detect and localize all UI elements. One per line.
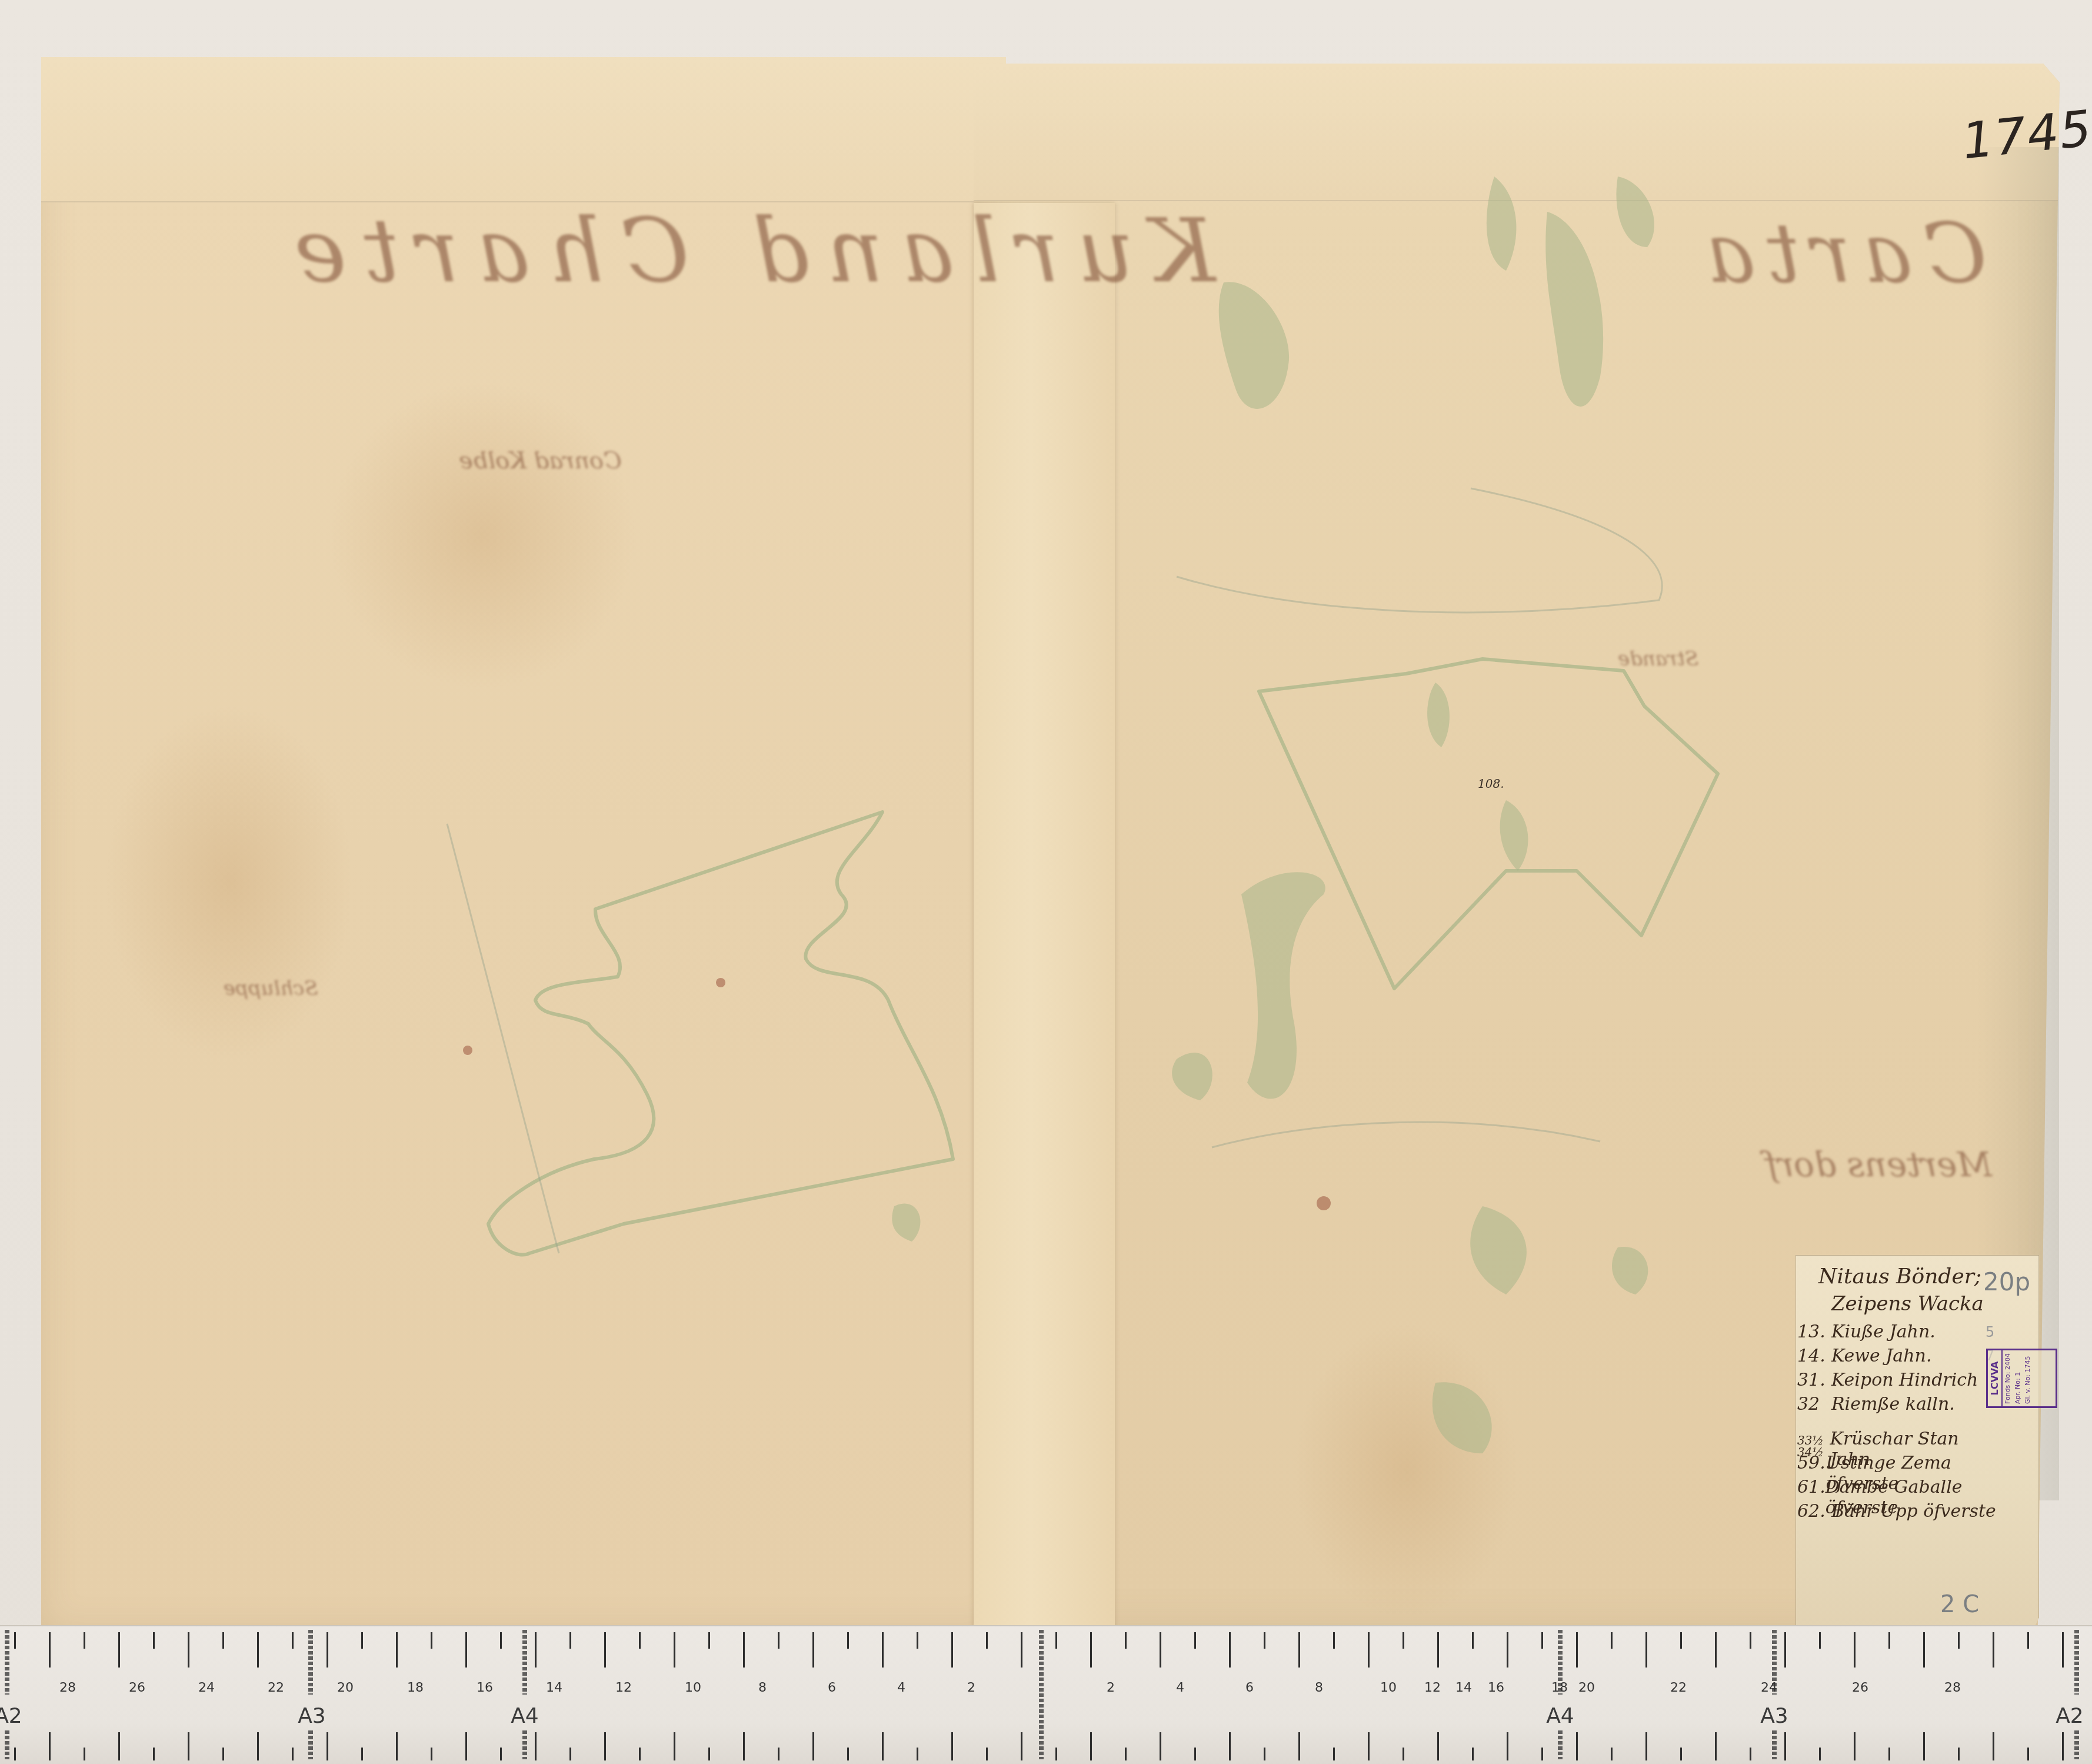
ruler-tick [1229,1732,1231,1760]
ruler-tick [708,1748,710,1760]
ruler-tick [84,1632,85,1649]
ruler-tick [951,1632,953,1668]
ruler-tick [1090,1732,1092,1760]
ruler-tick [465,1732,467,1760]
ruler-tick [1472,1632,1474,1649]
foxing-stain [329,382,635,688]
ruler-number: 24 [195,1680,218,1695]
ruler-tick [1611,1748,1613,1760]
ruler-tick [257,1632,259,1668]
ruler-tick [1333,1748,1335,1760]
list-item: 62.Bähr Upp öfverste [1797,1501,1997,1525]
ruler-tick [1645,1732,1647,1760]
ruler-tick [2062,1732,2064,1760]
ruler-tick [84,1748,85,1760]
ruler-tick [361,1748,363,1760]
ruler-tick [465,1632,467,1668]
stamp-glv: Gl. v. No: 1745 [2023,1350,2033,1406]
ruler-number: 18 [404,1680,427,1695]
archive-stamp: LCVVA Fonds No: 2404 Apr. No: 1 Gl. v. N… [1986,1349,2057,1408]
center-marker [1039,1630,1044,1759]
ruler-tick [500,1748,502,1760]
bleed-through-label: Schluppe [224,977,318,1000]
ruler-tick [1194,1632,1196,1649]
ruler-tick [535,1632,537,1668]
ruler-tick [1090,1632,1092,1668]
sheet-top-margin-right [974,64,2065,201]
ruler-tick [1576,1632,1578,1668]
bleed-through-label: Conrad Kolbe [459,447,622,474]
ruler-tick [1784,1632,1786,1668]
ruler-tick [153,1632,155,1649]
ruler-tick [569,1748,571,1760]
list-item: 32Riemße kalln. [1797,1394,1997,1418]
pencil-bottom-marks: 2 C [1940,1591,1979,1618]
bleed-through-label: Mertens dorf [1765,1144,1992,1184]
sheet-top-margin-left [41,57,1006,202]
ruler-tick [1021,1732,1022,1760]
entry-name: Kewe Jahn. [1831,1346,1931,1366]
ruler-tick [1403,1748,1404,1760]
ruler-number: 14 [542,1680,566,1695]
foxing-stain [1294,1324,1518,1618]
entry-name: Bähr Upp öfverste [1831,1501,1996,1522]
ruler-tick [2027,1632,2029,1649]
ruler-number: 20 [334,1680,357,1695]
list-item: 13.Kiuße Jahn. [1797,1322,1997,1346]
ruler-number: 16 [473,1680,497,1695]
paper-size-label: A2 [0,1704,32,1728]
ruler-tick [2027,1748,2029,1760]
ruler-tick [1784,1732,1786,1760]
ruler-tick [188,1632,189,1668]
archive-label-card: Nitaus Bönder; Zeipens Wacka 20p 5 7 13.… [1795,1255,2039,1633]
ruler-tick [1958,1748,1960,1760]
ruler-number: 4 [890,1680,913,1695]
ruler-number: 2 [960,1680,983,1695]
list-item: 61.Dambe Gaballe öfverste [1797,1477,1997,1501]
ruler-tick [188,1732,189,1760]
entry-name: Riemße kalln. [1831,1394,1955,1414]
ruler-number: 16 [1484,1680,1508,1695]
ruler-tick [1125,1632,1127,1649]
ruler-tick [1993,1732,1994,1760]
ruler-tick [1333,1632,1335,1649]
ruler-tick [1819,1632,1821,1649]
list-item: 31.Keipon Hindrich [1797,1370,1997,1394]
ruler-number: 22 [1667,1680,1690,1695]
ruler-tick [1645,1632,1647,1668]
ruler-tick [1437,1732,1439,1760]
ruler-tick [1507,1632,1508,1668]
ruler-tick [812,1732,814,1760]
owner-list: 13.Kiuße Jahn. 14.Kewe Jahn. 31.Keipon H… [1797,1322,1997,1525]
ruler-number: 14 [1452,1680,1475,1695]
ruler-number: 28 [1941,1680,1964,1695]
entry-number: 62. [1797,1501,1831,1522]
ruler-tick [917,1748,918,1760]
ruler-tick [1611,1632,1613,1649]
paper-size-label: A3 [288,1704,335,1728]
ruler-tick [118,1632,120,1668]
ruler-tick [639,1748,641,1760]
ruler-tick [1888,1748,1890,1760]
ruler-tick [1264,1632,1265,1649]
ruler-tick [1541,1748,1543,1760]
ruler-tick [1160,1732,1161,1760]
ruler-tick [1680,1748,1682,1760]
ruler-number: 28 [56,1680,79,1695]
ruler-tick [1888,1632,1890,1649]
ruler-tick [986,1748,988,1760]
ruler-tick [1819,1748,1821,1760]
ruler-number: 12 [1421,1680,1444,1695]
list-item: 59.Ustinge Zema öfverste [1797,1453,1997,1477]
foxing-stain [106,706,353,1059]
ruler-tick [1854,1732,1856,1760]
ruler-tick [2062,1632,2064,1668]
ruler-tick [1437,1632,1439,1668]
ruler-tick [361,1632,363,1649]
ruler-number: 18 [1548,1680,1571,1695]
ruler-tick [153,1748,155,1760]
ruler-tick [1264,1748,1265,1760]
ruler-tick [778,1748,779,1760]
ruler-tick [1541,1632,1543,1649]
ruler-tick [292,1748,294,1760]
ruler-number: 4 [1168,1680,1192,1695]
ruler-tick [1368,1732,1370,1760]
entry-number: 13. [1797,1322,1831,1342]
ruler-tick [1715,1732,1717,1760]
paper-size-label: A3 [1751,1704,1798,1728]
paper-size-label: A4 [1537,1704,1584,1728]
bleed-through-title-left: Kurland Charte [277,200,1215,302]
ruler-tick [431,1748,432,1760]
ruler-tick [1750,1748,1751,1760]
ruler-tick [500,1632,502,1649]
ruler-tick [1160,1632,1161,1668]
ruler-tick [778,1632,779,1649]
ruler-tick [1368,1632,1370,1668]
label-subtitle: Zeipens Wacka [1831,1292,1984,1316]
sheet-seam-overlap [974,203,1115,1627]
ruler-tick [674,1632,675,1668]
ruler-tick [1507,1732,1508,1760]
ruler-tick [847,1748,849,1760]
ruler-tick [1923,1632,1925,1668]
ruler-number: 12 [612,1680,635,1695]
ruler-tick [1715,1632,1717,1668]
a2-marker-right [2074,1630,2079,1759]
entry-number: 59. [1797,1453,1826,1473]
ruler-tick [1923,1732,1925,1760]
ruler-tick [327,1632,328,1668]
ruler-tick [396,1732,398,1760]
ruler-number: 8 [1307,1680,1331,1695]
ruler-tick [1993,1632,1994,1668]
ruler-tick [49,1632,51,1668]
ruler-tick [14,1748,16,1760]
ruler-tick [1958,1632,1960,1649]
bleed-through-label: Strande [1618,647,1698,671]
ruler-tick [1298,1632,1300,1668]
ruler-number: 6 [820,1680,844,1695]
ruler-tick [743,1632,745,1668]
ruler-tick [1194,1748,1196,1760]
ruler-tick [535,1732,537,1760]
ruler-tick [1055,1748,1057,1760]
stamp-apr: Apr. No: 1 [2013,1350,2023,1406]
ruler-tick [882,1632,884,1668]
ruler-tick [951,1732,953,1760]
paper-size-label: A2 [2046,1704,2092,1728]
ruler-tick [1854,1632,1856,1668]
entry-number: 31. [1797,1370,1831,1390]
ruler-number: 24 [1757,1680,1781,1695]
ruler-tick [604,1632,606,1668]
ruler-tick [1055,1632,1057,1649]
ruler-tick [1125,1748,1127,1760]
ruler-tick [639,1632,641,1649]
ruler-tick [14,1632,16,1649]
ruler-tick [292,1632,294,1649]
a3-marker-left [308,1630,313,1759]
entry-number: 14. [1797,1346,1831,1366]
a2-marker-left [5,1630,9,1759]
ruler-tick [1403,1632,1404,1649]
entry-number: 61. [1797,1477,1825,1497]
ruler-number: 22 [264,1680,288,1695]
ruler-tick [1298,1732,1300,1760]
entry-name: Keipon Hindrich [1831,1370,1978,1390]
ruler-tick [1229,1632,1231,1668]
stamp-heading: LCVVA [1988,1350,2003,1406]
label-title: Nitaus Bönder; [1818,1264,1981,1289]
list-item: 33½ 34½Krüschar Stan Jahn [1797,1429,1997,1453]
stamp-fonds: Fonds No: 2404 [2003,1350,2013,1406]
paper-size-label: A4 [501,1704,548,1728]
ruler-tick [257,1732,259,1760]
ruler-tick [847,1632,849,1649]
ruler-tick [118,1732,120,1760]
ruler-tick [708,1632,710,1649]
ruler-tick [882,1732,884,1760]
ruler-tick [1472,1748,1474,1760]
ruler-tick [222,1748,224,1760]
ruler-tick [1021,1632,1022,1668]
ruler-tick [431,1632,432,1649]
ruler-tick [604,1732,606,1760]
map-parcel-number: 108. [1478,777,1504,791]
ruler-number: 26 [1848,1680,1872,1695]
ruler-tick [743,1732,745,1760]
entry-number: 32 [1797,1394,1831,1414]
ruler-tick [49,1732,51,1760]
pencil-code: 20p [1983,1267,2030,1296]
ruler-tick [396,1632,398,1668]
ruler-tick [569,1632,571,1649]
a4-marker-left [522,1630,527,1759]
entry-name: Kiuße Jahn. [1831,1322,1936,1342]
ruler-tick [327,1732,328,1760]
ruler-tick [1576,1732,1578,1760]
measuring-ruler: 28 26 24 22 20 18 16 14 12 10 8 6 4 2 2 … [0,1625,2092,1764]
ruler-number: 8 [751,1680,774,1695]
ruler-number: 10 [1377,1680,1400,1695]
ruler-tick [674,1732,675,1760]
ruler-number: 20 [1575,1680,1598,1695]
ruler-number: 26 [125,1680,149,1695]
ruler-tick [812,1632,814,1668]
ruler-number: 6 [1238,1680,1261,1695]
ruler-tick [986,1632,988,1649]
ruler-tick [1680,1632,1682,1649]
ruler-number: 10 [681,1680,705,1695]
ruler-tick [222,1632,224,1649]
ruler-tick [1750,1632,1751,1649]
bleed-through-title-right: Carta [1694,206,1987,302]
ruler-tick [917,1632,918,1649]
ruler-number: 2 [1099,1680,1122,1695]
list-item: 14.Kewe Jahn. [1797,1346,1997,1370]
